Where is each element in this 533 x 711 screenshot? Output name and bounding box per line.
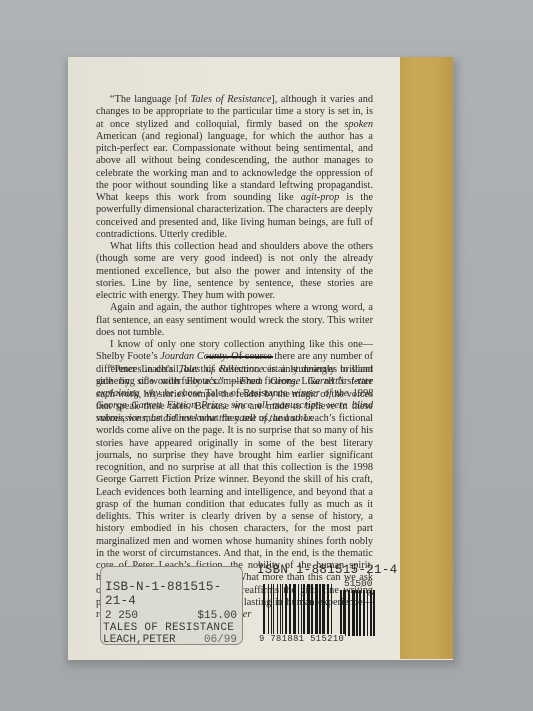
addon-barcode xyxy=(340,590,375,636)
blurb-paragraph: “The language [of Tales of Resistance], … xyxy=(96,94,373,241)
sticker-author: LEACH,PETER xyxy=(103,634,176,646)
sticker-isbn: ISB-N-1-881515-21-4 xyxy=(105,580,242,608)
book-spine-strip xyxy=(400,57,453,659)
price-sticker: ISB-N-1-881515-21-4 2 250 $15.00 TALES O… xyxy=(100,566,243,645)
sticker-title: TALES OF RESISTANCE xyxy=(103,622,234,634)
sticker-code: 2 250 xyxy=(105,610,138,622)
ean-number: 9 781881 515210 xyxy=(258,634,345,644)
ean-barcode xyxy=(263,584,333,635)
sticker-date: 06/99 xyxy=(204,634,237,646)
blurb-paragraph: Again and again, the author tightropes w… xyxy=(96,302,373,339)
barcode-addon-number: 51500 xyxy=(344,578,373,589)
isbn-label: ISBN 1-881515-21-4 xyxy=(257,563,397,577)
blurb-paragraph: What lifts this collection head and shou… xyxy=(96,241,373,302)
sticker-author-line: LEACH,PETER 06/99 xyxy=(103,634,237,646)
sticker-code-line: 2 250 $15.00 xyxy=(105,610,237,622)
sticker-price: $15.00 xyxy=(197,610,237,622)
divider-rule xyxy=(206,356,273,358)
